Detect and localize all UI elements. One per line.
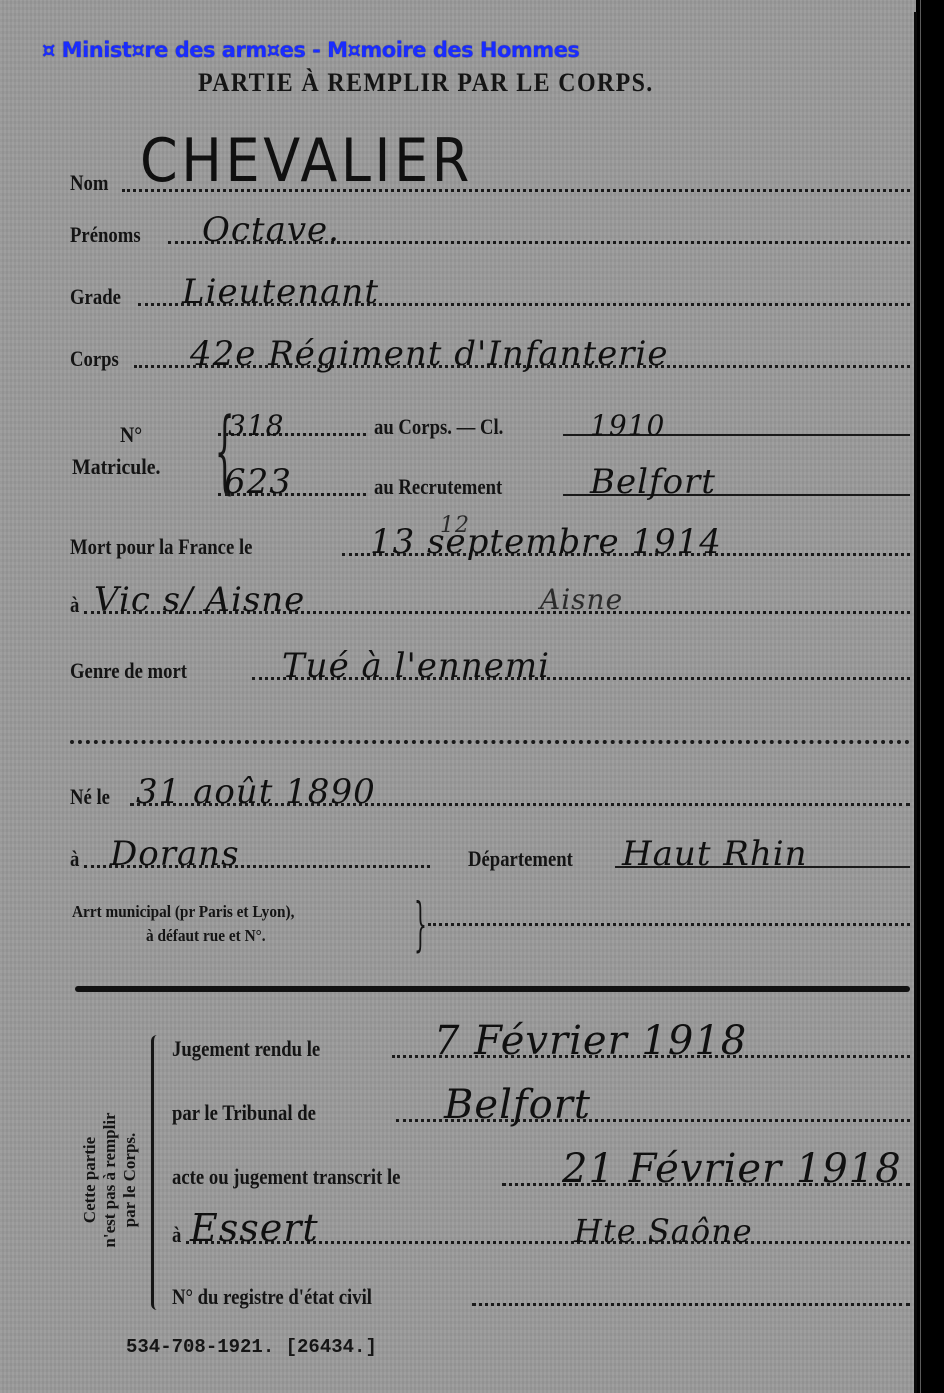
document-page: ¤ Minist¤re des arm¤es - M¤moire des Hom… bbox=[0, 0, 916, 1393]
arrondissement-label-line1: Arrt municipal (pr Paris et Lyon), bbox=[72, 902, 294, 922]
field-label: à bbox=[70, 846, 79, 872]
field-label: Nom bbox=[70, 170, 108, 196]
field-arrondissement bbox=[428, 892, 910, 932]
arrondissement-label-line2: à défaut rue et N°. bbox=[146, 926, 266, 946]
section-bracket bbox=[151, 1035, 157, 1310]
section-divider bbox=[75, 986, 910, 992]
field-tribunal: par le Tribunal de Belfort bbox=[172, 1088, 910, 1128]
field-label: N° du registre d'état civil bbox=[172, 1284, 372, 1310]
field-label-departement: Département bbox=[468, 846, 573, 872]
field-lieu-mort: à Vic s/ Aisne Aisne bbox=[70, 580, 910, 620]
field-value-departement-mort: Aisne bbox=[540, 583, 623, 616]
field-matricule-recrutement: 623 au Recrutement Belfort bbox=[218, 462, 910, 502]
field-value-recrutement: Belfort bbox=[590, 462, 716, 502]
side-note-line2: n'est pas à remplir bbox=[100, 1112, 120, 1247]
field-label: au Recrutement bbox=[374, 474, 502, 500]
field-registre: N° du registre d'état civil bbox=[172, 1272, 910, 1312]
field-value-departement: Haut Rhin bbox=[622, 834, 808, 874]
field-value-tribunal: Belfort bbox=[444, 1082, 591, 1128]
field-value-genre-mort: Tué à l'ennemi bbox=[282, 646, 550, 686]
side-note-line1: Cette partie bbox=[80, 1112, 100, 1247]
field-label: par le Tribunal de bbox=[172, 1100, 316, 1126]
field-value-mort: 13 septembre 1914 bbox=[370, 522, 722, 562]
field-value-jugement: 7 Février 1918 bbox=[434, 1018, 747, 1064]
field-value-matricule-recrutement: 623 bbox=[224, 462, 292, 502]
field-label: Mort pour la France le bbox=[70, 534, 252, 560]
field-label: Prénoms bbox=[70, 222, 141, 248]
side-note-line3: par le Corps. bbox=[120, 1112, 140, 1247]
page-edge bbox=[920, 0, 921, 1393]
matricule-label: Matricule. bbox=[72, 454, 161, 480]
field-corps: Corps 42e Régiment d'Infanterie bbox=[70, 334, 910, 374]
field-prenoms: Prénoms Octave. bbox=[70, 210, 910, 250]
field-label: Genre de mort bbox=[70, 658, 187, 684]
field-label: Corps bbox=[70, 346, 119, 372]
side-note: Cette partie n'est pas à remplir par le … bbox=[60, 1080, 160, 1280]
field-value-lieu-transcription: Essert bbox=[190, 1206, 319, 1250]
field-value-lieu-naissance: Dorans bbox=[110, 834, 240, 874]
field-value-prenoms: Octave. bbox=[202, 210, 340, 250]
field-grade: Grade Lieutenant bbox=[70, 272, 910, 312]
field-value-matricule-corps: 318 bbox=[228, 409, 284, 442]
field-label: Jugement rendu le bbox=[172, 1036, 320, 1062]
field-value-classe: 1910 bbox=[590, 409, 665, 442]
field-label: Grade bbox=[70, 284, 121, 310]
field-lieu-transcription: à Essert Hte Saône bbox=[172, 1210, 910, 1250]
field-jugement: Jugement rendu le 7 Février 1918 bbox=[172, 1024, 910, 1064]
field-value-transcrit: 21 Février 1918 bbox=[562, 1146, 902, 1192]
field-transcrit: acte ou jugement transcrit le 21 Février… bbox=[172, 1152, 910, 1192]
dotted-line bbox=[472, 1303, 910, 1306]
brace-icon: } bbox=[414, 892, 427, 956]
dotted-line bbox=[70, 740, 910, 744]
field-label: à bbox=[70, 592, 79, 618]
section-heading: PARTIE À REMPLIR PAR LE CORPS. bbox=[198, 68, 654, 98]
field-value-lieu-mort: Vic s/ Aisne bbox=[94, 580, 305, 620]
field-value-ne-le: 31 août 1890 bbox=[136, 772, 376, 812]
field-value-grade: Lieutenant bbox=[182, 272, 379, 312]
field-nom: Nom CHEVALIER bbox=[70, 148, 910, 198]
field-mort: Mort pour la France le 12 13 septembre 1… bbox=[70, 522, 910, 562]
blank-line bbox=[70, 710, 910, 750]
field-label: à bbox=[172, 1222, 181, 1248]
field-ne-le: Né le 31 août 1890 bbox=[70, 772, 910, 812]
field-genre-mort: Genre de mort Tué à l'ennemi bbox=[70, 646, 910, 686]
dotted-line bbox=[428, 923, 910, 926]
matricule-label-no: N° bbox=[120, 422, 142, 448]
field-value-corps: 42e Régiment d'Infanterie bbox=[190, 334, 669, 374]
field-matricule-corps: 318 au Corps. — Cl. 1910 bbox=[218, 402, 910, 442]
field-label: au Corps. — Cl. bbox=[374, 414, 503, 440]
page-edge bbox=[914, 12, 917, 1393]
field-value-nom: CHEVALIER bbox=[140, 126, 473, 196]
print-reference: 534-708-1921. [26434.] bbox=[126, 1336, 377, 1358]
watermark: ¤ Minist¤re des arm¤es - M¤moire des Hom… bbox=[42, 38, 579, 62]
field-value-departement-transcription: Hte Saône bbox=[574, 1212, 753, 1250]
field-label: Né le bbox=[70, 784, 110, 810]
field-lieu-naissance: à Dorans Département Haut Rhin bbox=[70, 834, 910, 874]
field-label: acte ou jugement transcrit le bbox=[172, 1164, 400, 1190]
